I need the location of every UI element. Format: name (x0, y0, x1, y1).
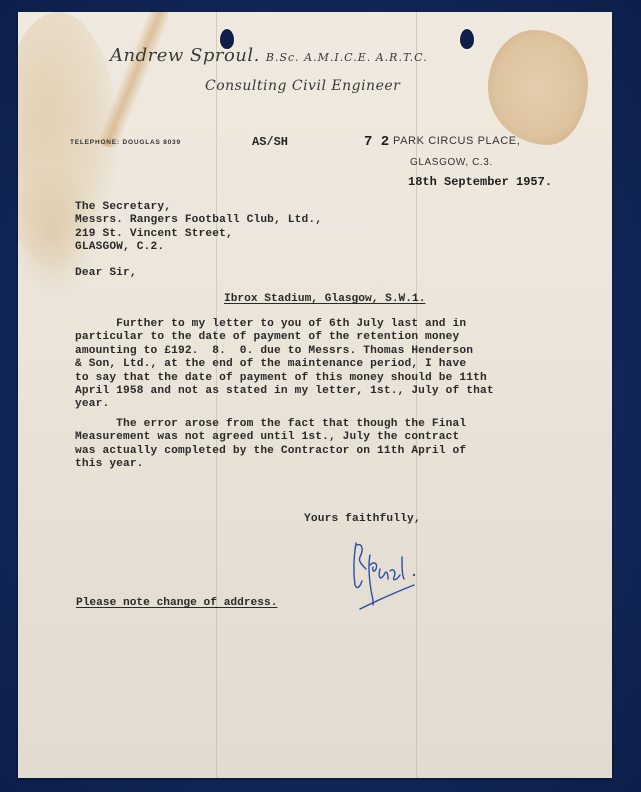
recipient-line: Messrs. Rangers Football Club, Ltd., (75, 214, 322, 227)
recipient-line: 219 St. Vincent Street, (75, 228, 322, 241)
salutation: Dear Sir, (75, 267, 137, 280)
letter-date: 18th September 1957. (408, 175, 552, 189)
punch-hole-right (460, 29, 474, 49)
recipient-address: The Secretary,Messrs. Rangers Football C… (75, 201, 322, 255)
closing: Yours faithfully, (304, 513, 421, 526)
address-street: PARK CIRCUS PLACE, (393, 135, 520, 147)
reference-code: AS/SH (252, 135, 288, 149)
body-paragraph-1: Further to my letter to you of 6th July … (75, 318, 494, 412)
sender-qualifications: B.Sc. A.M.I.C.E. A.R.T.C. (266, 51, 428, 64)
sender-name: Andrew Sproul. (110, 45, 260, 66)
tea-stain-top-right (488, 30, 588, 145)
tea-stain-streak (96, 12, 173, 151)
telephone-number: TELEPHONE: DOUGLAS 8039 (70, 139, 181, 146)
letterhead-title: Consulting Civil Engineer (205, 78, 400, 94)
body-paragraph-2: The error arose from the fact that thoug… (75, 418, 466, 472)
address-number: 7 2 (364, 134, 389, 150)
letterhead-name: Andrew Sproul.B.Sc. A.M.I.C.E. A.R.T.C. (110, 45, 428, 66)
address-city: GLASGOW, C.3. (410, 157, 493, 168)
handwritten-signature (348, 535, 423, 615)
subject-line: Ibrox Stadium, Glasgow, S.W.1. (224, 293, 425, 305)
recipient-line: The Secretary, (75, 201, 322, 214)
recipient-line: GLASGOW, C.2. (75, 241, 322, 254)
postscript-address-change: Please note change of address. (76, 597, 277, 609)
